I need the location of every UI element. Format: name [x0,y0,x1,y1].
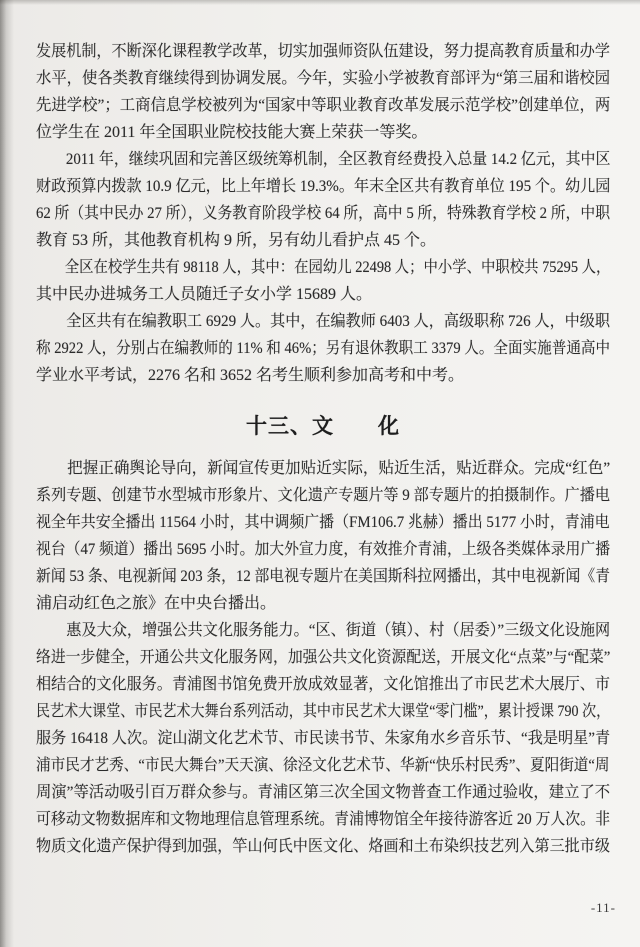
text-line: 2011 年，继续巩固和完善区级统筹机制，全区教育经费投入总量 14.2 亿元，… [36,146,610,173]
text-line: 学业水平考试，2276 名和 3652 名考生顺利参加高考和中考。 [36,362,610,389]
text-line: 62 所（其中民办 27 所），义务教育阶段学校 64 所，高中 5 所，特殊教… [36,200,610,227]
text-line: 惠及大众，增强公共文化服务能力。“区、街道（镇）、村（居委）”三级文化设施网 [36,617,610,644]
text-line: 民艺术大课堂、市民艺术大舞台系列活动，其中市民艺术大课堂“零门槛”，累计授课 7… [36,698,610,725]
text-line: 财政预算内拨款 10.9 亿元，比上年增长 19.3%。年末全区共有教育单位 1… [36,173,610,200]
text-line: 把握正确舆论导向，新闻宣传更加贴近实际，贴近生活，贴近群众。完成“红色” [36,455,610,482]
scan-shadow-top [0,0,640,5]
text-line: 视全年共安全播出 11564 小时，其中调频广播（FM106.7 兆赫）播出 5… [36,509,610,536]
paragraph: 全区在校学生共有 98118 人，其中：在园幼儿 22498 人；中小学、中职校… [36,254,610,308]
text-line: 新闻 53 条、电视新闻 203 条，12 部电视专题片在美国斯科拉网播出，其中… [36,563,610,590]
text-line: 可移动文物数据库和文物地理信息管理系统。青浦博物馆全年接待游客近 20 万人次。… [36,806,610,833]
page-number: -11- [591,900,616,916]
paragraph: 惠及大众，增强公共文化服务能力。“区、街道（镇）、村（居委）”三级文化设施网络进… [36,617,610,860]
paragraph: 全区共有在编教职工 6929 人。其中，在编教师 6403 人，高级职称 726… [36,308,610,389]
section-heading: 十三、文 化 [36,411,610,441]
text-line: 全区共有在编教职工 6929 人。其中，在编教师 6403 人，高级职称 726… [36,308,610,335]
text-line: 浦启动红色之旅》在中央台播出。 [36,590,610,617]
text-line: 络进一步健全，开通公共文化服务网，加强公共文化资源配送，开展文化“点菜”与“配菜… [36,644,610,671]
scan-shadow-left [0,0,14,947]
text-line: 教育 53 所，其他教育机构 9 所，另有幼儿看护点 45 个。 [36,227,610,254]
paragraph: 发展机制，不断深化课程教学改革，切实加强师资队伍建设，努力提高教育质量和办学水平… [36,38,610,146]
text-line: 先进学校”；工商信息学校被列为“国家中等职业教育改革发展示范学校”创建单位，两 [36,92,610,119]
text-line: 发展机制，不断深化课程教学改革，切实加强师资队伍建设，努力提高教育质量和办学 [36,38,610,65]
text-line: 物质文化遗产保护得到加强，竿山何氏中医文化、烙画和土布染织技艺列入第三批市级 [36,833,610,860]
text-line: 视台（47 频道）播出 5695 小时。加大外宣力度，有效推介青浦，上级各类媒体… [36,536,610,563]
document-body: 发展机制，不断深化课程教学改革，切实加强师资队伍建设，努力提高教育质量和办学水平… [36,38,610,860]
text-line: 水平，使各类教育继续得到协调发展。今年，实验小学被教育部评为“第三届和谐校园 [36,65,610,92]
text-line: 浦市民才艺秀、“市民大舞台”天天演、徐泾文化艺术节、华新“快乐村民秀”、夏阳街道… [36,752,610,779]
text-line: 系列专题、创建节水型城市形象片、文化遗产专题片等 9 部专题片的拍摄制作。广播电 [36,482,610,509]
scanned-document-page: 发展机制，不断深化课程教学改革，切实加强师资队伍建设，努力提高教育质量和办学水平… [0,0,640,947]
paragraph: 2011 年，继续巩固和完善区级统筹机制，全区教育经费投入总量 14.2 亿元，… [36,146,610,254]
text-line: 相结合的文化服务。青浦图书馆免费开放成效显著，文化馆推出了市民艺术大展厅、市 [36,671,610,698]
paragraph: 把握正确舆论导向，新闻宣传更加贴近实际，贴近生活，贴近群众。完成“红色”系列专题… [36,455,610,617]
text-line: 服务 16418 人次。淀山湖文化艺术节、市民读书节、朱家角水乡音乐节、“我是明… [36,725,610,752]
text-line: 全区在校学生共有 98118 人，其中：在园幼儿 22498 人；中小学、中职校… [36,254,610,281]
text-line: 称 2922 人，分别占在编教师的 11% 和 46%；另有退休教职工 3379… [36,335,610,362]
text-line: 其中民办进城务工人员随迁子女小学 15689 人。 [36,281,610,308]
text-line: 位学生在 2011 年全国职业院校技能大赛上荣获一等奖。 [36,119,610,146]
text-line: 周演”等活动吸引百万群众参与。青浦区第三次全国文物普查工作通过验收，建立了不 [36,779,610,806]
